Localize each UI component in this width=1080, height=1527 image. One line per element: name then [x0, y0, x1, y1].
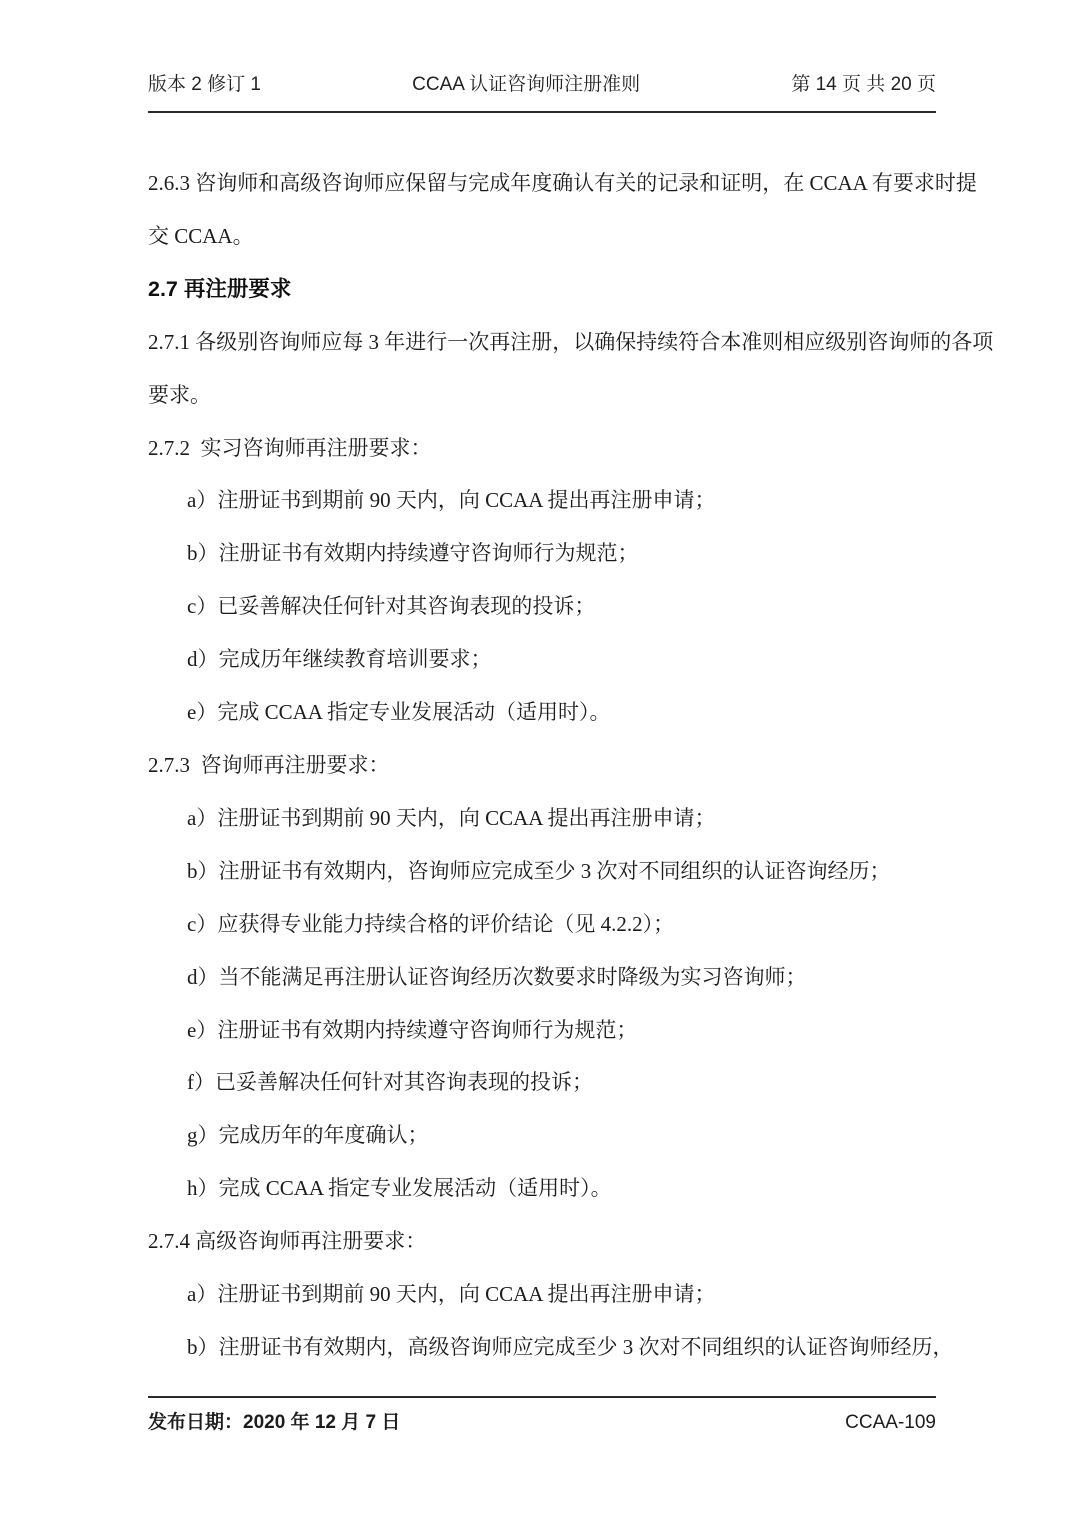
document-page: 版本 2 修订 1 CCAA 认证咨询师注册准则 第 14 页 共 20 页 2… — [0, 0, 1080, 1527]
page-footer: 发布日期：2020 年 12 月 7 日 CCAA-109 — [148, 1396, 936, 1434]
header-version-label: 版本 2 修订 1 — [148, 72, 261, 98]
header-page-number: 第 14 页 共 20 页 — [791, 72, 936, 98]
list-item: b）注册证书有效期内，高级咨询师应完成至少 3 次对不同组织的认证咨询师经历， — [148, 1321, 948, 1374]
list-item: a）注册证书到期前 90 天内，向 CCAA 提出再注册申请； — [148, 792, 948, 845]
paragraph-line: 2.7.4 高级咨询师再注册要求： — [148, 1215, 948, 1268]
paragraph-line: 2.7.1 各级别咨询师应每 3 年进行一次再注册，以确保持续符合本准则相应级别… — [148, 316, 948, 369]
list-item: f）已妥善解决任何针对其咨询表现的投诉； — [148, 1056, 948, 1109]
footer-publish-date: 发布日期：2020 年 12 月 7 日 — [148, 1407, 400, 1434]
list-item: g）完成历年的年度确认； — [148, 1109, 948, 1162]
list-item: h）完成 CCAA 指定专业发展活动（适用时）。 — [148, 1162, 948, 1215]
list-item: a）注册证书到期前 90 天内，向 CCAA 提出再注册申请； — [148, 1268, 948, 1321]
page-header: 版本 2 修订 1 CCAA 认证咨询师注册准则 第 14 页 共 20 页 — [148, 72, 936, 113]
paragraph-line: 2.7.2 实习咨询师再注册要求： — [148, 422, 948, 475]
list-item: b）注册证书有效期内持续遵守咨询师行为规范； — [148, 527, 948, 580]
list-item: c）应获得专业能力持续合格的评价结论（见 4.2.2）； — [148, 898, 948, 951]
list-item: a）注册证书到期前 90 天内，向 CCAA 提出再注册申请； — [148, 474, 948, 527]
footer-document-number: CCAA-109 — [845, 1412, 936, 1434]
list-item: d）完成历年继续教育培训要求； — [148, 633, 948, 686]
list-item: c）已妥善解决任何针对其咨询表现的投诉； — [148, 580, 948, 633]
header-document-title: CCAA 认证咨询师注册准则 — [412, 72, 640, 98]
paragraph-line: 交 CCAA。 — [148, 210, 948, 263]
section-heading: 2.7 再注册要求 — [148, 263, 948, 316]
list-item: b）注册证书有效期内，咨询师应完成至少 3 次对不同组织的认证咨询经历； — [148, 845, 948, 898]
list-item: e）注册证书有效期内持续遵守咨询师行为规范； — [148, 1004, 948, 1057]
paragraph-line: 2.7.3 咨询师再注册要求： — [148, 739, 948, 792]
paragraph-line: 要求。 — [148, 369, 948, 422]
document-body: 2.6.3 咨询师和高级咨询师应保留与完成年度确认有关的记录和证明，在 CCAA… — [148, 157, 948, 1374]
paragraph-line: 2.6.3 咨询师和高级咨询师应保留与完成年度确认有关的记录和证明，在 CCAA… — [148, 157, 948, 210]
list-item: e）完成 CCAA 指定专业发展活动（适用时）。 — [148, 686, 948, 739]
list-item: d）当不能满足再注册认证咨询经历次数要求时降级为实习咨询师； — [148, 951, 948, 1004]
